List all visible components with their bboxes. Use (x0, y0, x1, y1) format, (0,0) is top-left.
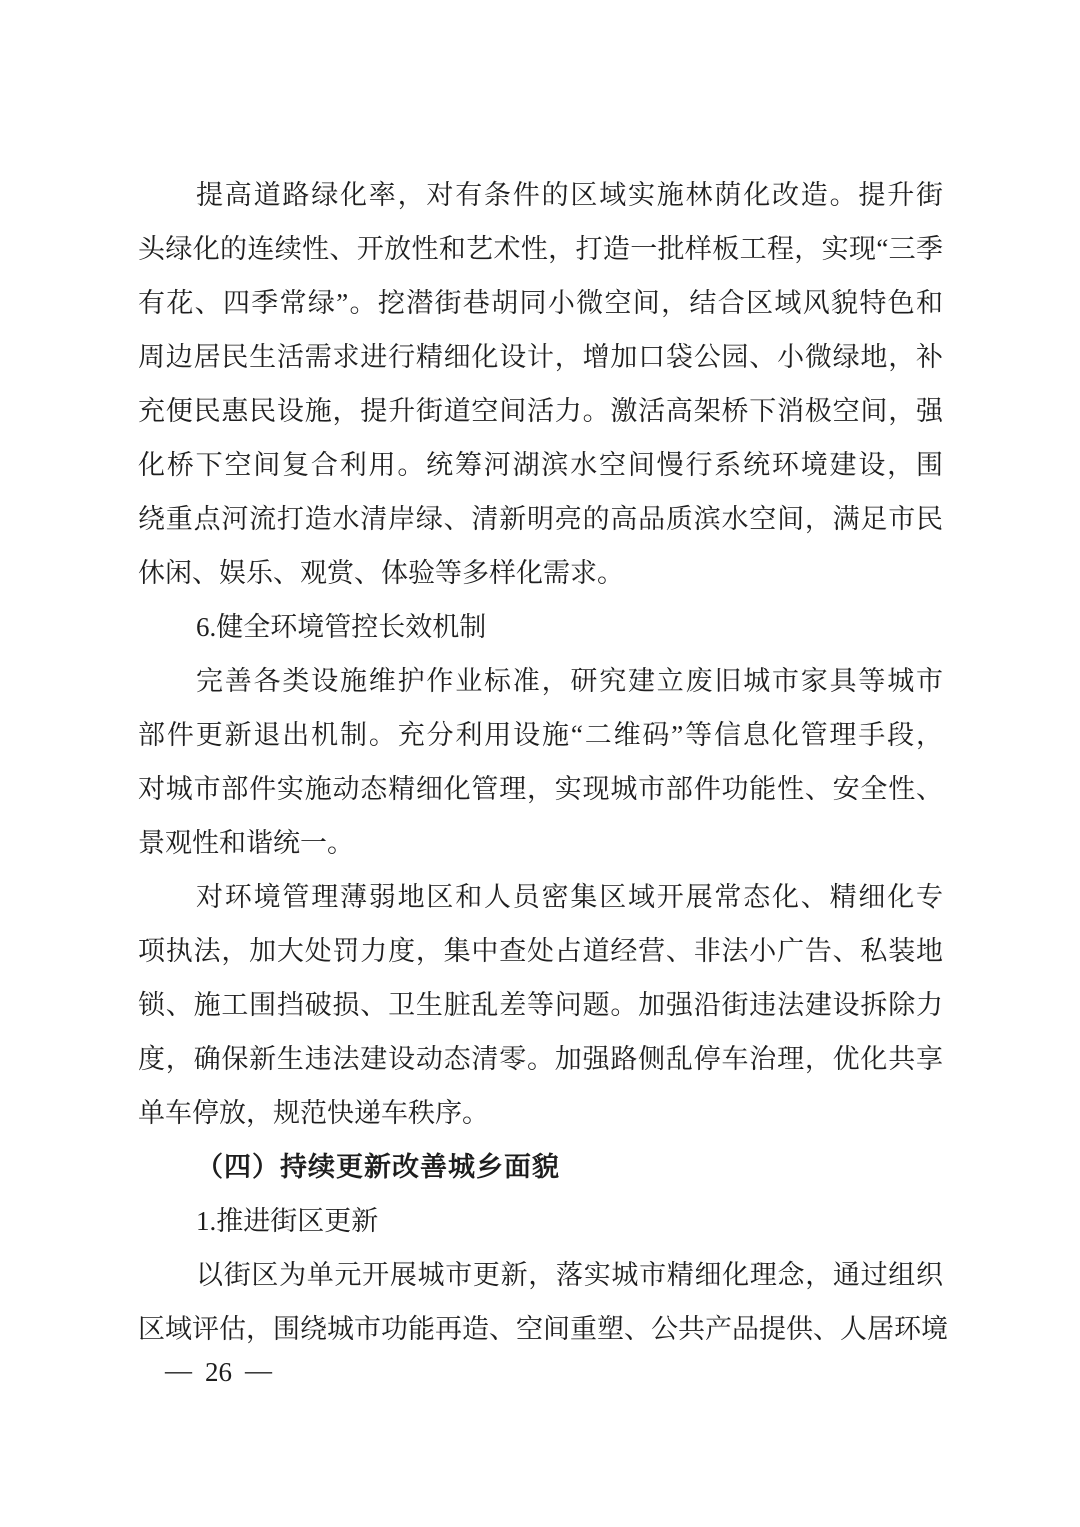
footer-dash-left: — (165, 1355, 192, 1386)
page-number: 26 (205, 1357, 232, 1388)
heading-block-renewal: 1.推进街区更新 (138, 1194, 943, 1248)
heading-env-mechanism: 6.健全环境管控长效机制 (138, 600, 943, 654)
para-enforcement-line-4: 度，确保新生违法建设动态清零。加强路侧乱停车治理，优化共享 (138, 1032, 943, 1086)
para-block-renewal-line-1: 以街区为单元开展城市更新，落实城市精细化理念，通过组织 (138, 1248, 943, 1302)
para-greening-line-5: 充便民惠民设施，提升街道空间活力。激活高架桥下消极空间，强 (138, 384, 943, 438)
para-facilities-line-2: 部件更新退出机制。充分利用设施“二维码”等信息化管理手段， (138, 708, 943, 762)
para-facilities-line-4: 景观性和谐统一。 (138, 816, 943, 870)
para-greening-line-4: 周边居民生活需求进行精细化设计，增加口袋公园、小微绿地，补 (138, 330, 943, 384)
page-footer: — 26 — (165, 1352, 272, 1392)
para-enforcement-line-3: 锁、施工围挡破损、卫生脏乱差等问题。加强沿街违法建设拆除力 (138, 978, 943, 1032)
para-greening-line-1: 提高道路绿化率，对有条件的区域实施林荫化改造。提升街 (138, 168, 943, 222)
para-greening-line-8: 休闲、娱乐、观赏、体验等多样化需求。 (138, 546, 943, 600)
heading-section-four: （四）持续更新改善城乡面貌 (138, 1140, 943, 1194)
para-greening-line-6: 化桥下空间复合利用。统筹河湖滨水空间慢行系统环境建设，围 (138, 438, 943, 492)
document-page: 提高道路绿化率，对有条件的区域实施林荫化改造。提升街 头绿化的连续性、开放性和艺… (0, 0, 1080, 1527)
para-greening-line-7: 绕重点河流打造水清岸绿、清新明亮的高品质滨水空间，满足市民 (138, 492, 943, 546)
para-enforcement-line-2: 项执法，加大处罚力度，集中查处占道经营、非法小广告、私装地 (138, 924, 943, 978)
para-enforcement-line-5: 单车停放，规范快递车秩序。 (138, 1086, 943, 1140)
para-facilities-line-1: 完善各类设施维护作业标准，研究建立废旧城市家具等城市 (138, 654, 943, 708)
para-facilities-line-3: 对城市部件实施动态精细化管理，实现城市部件功能性、安全性、 (138, 762, 943, 816)
para-enforcement-line-1: 对环境管理薄弱地区和人员密集区域开展常态化、精细化专 (138, 870, 943, 924)
para-block-renewal-line-2: 区域评估，围绕城市功能再造、空间重塑、公共产品提供、人居环境 (138, 1302, 943, 1356)
para-greening-line-3: 有花、四季常绿”。挖潜街巷胡同小微空间，结合区域风貌特色和 (138, 276, 943, 330)
footer-dash-right: — (245, 1355, 272, 1386)
para-greening-line-2: 头绿化的连续性、开放性和艺术性，打造一批样板工程，实现“三季 (138, 222, 943, 276)
document-body: 提高道路绿化率，对有条件的区域实施林荫化改造。提升街 头绿化的连续性、开放性和艺… (138, 168, 943, 1356)
